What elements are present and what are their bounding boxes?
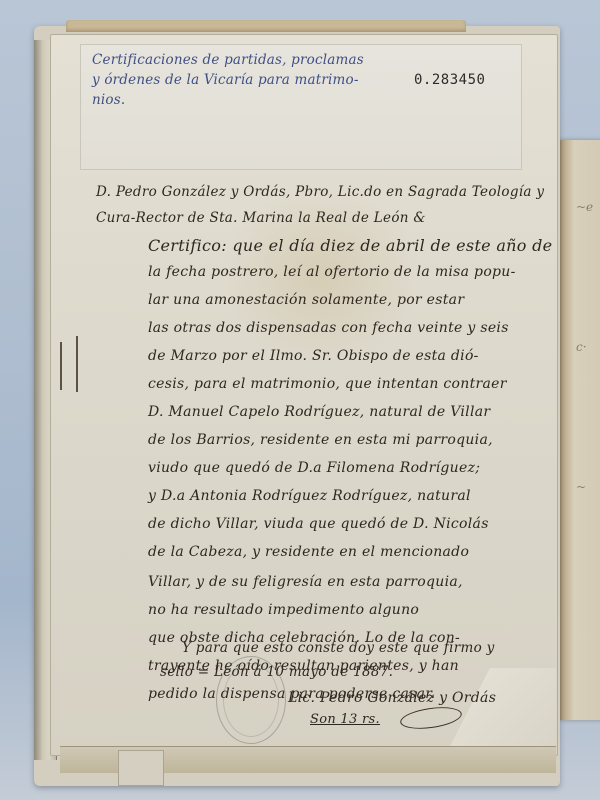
closing-line: sello = León á 10 mayo de 1887.: [160, 664, 393, 680]
body-line: lar una amonestación solamente, por esta…: [148, 292, 464, 308]
label-line: y órdenes de la Vicaría para matrimo-: [92, 70, 412, 90]
body-line: las otras dos dispensadas con fecha vein…: [148, 320, 509, 336]
paper-tab: [118, 750, 164, 786]
body-line: y D.a Antonia Rodríguez Rodríguez, natur…: [148, 488, 471, 504]
binding-thread: [76, 336, 78, 392]
body-line: de dicho Villar, viuda que quedó de D. N…: [148, 516, 489, 532]
body-line: Certifico: que el día diez de abril de e…: [148, 236, 552, 255]
frayed-top-edge: [66, 20, 466, 32]
binding-thread: [60, 342, 62, 390]
fee-note: Son 13 rs.: [310, 712, 380, 727]
closing-line: Y para que esto conste doy este que firm…: [182, 640, 495, 656]
bundle-scribble: ~: [576, 480, 586, 494]
label-text: Certificaciones de partidas, proclamas y…: [92, 50, 412, 110]
body-line: de la Cabeza, y residente en el menciona…: [148, 544, 469, 560]
bundle-scribble: c·: [576, 340, 587, 354]
signature: Lic. Pedro González y Ordás: [288, 690, 496, 706]
adjacent-document-bundle: ~e c· ~: [556, 140, 600, 720]
body-line: viudo que quedó de D.a Filomena Rodrígue…: [148, 460, 480, 476]
heading-line: Cura-Rector de Sta. Marina la Real de Le…: [96, 210, 426, 226]
body-line: D. Manuel Capelo Rodríguez, natural de V…: [148, 404, 490, 420]
heading-line: D. Pedro González y Ordás, Pbro, Lic.do …: [96, 184, 544, 200]
label-line: Certificaciones de partidas, proclamas: [92, 50, 412, 70]
body-line: de los Barrios, residente en esta mi par…: [148, 432, 493, 448]
bundle-scribble: ~e: [576, 200, 593, 214]
body-line: de Marzo por el Ilmo. Sr. Obispo de esta…: [148, 348, 479, 364]
body-line: la fecha postrero, leí al ofertorio de l…: [148, 264, 516, 280]
label-line: nios.: [92, 90, 412, 110]
body-line: cesis, para el matrimonio, que intentan …: [148, 376, 507, 392]
body-line: Villar, y de su feligresía en esta parro…: [148, 574, 463, 590]
body-line: no ha resultado impedimento alguno: [148, 602, 419, 618]
catalog-number: 0.283450: [414, 72, 485, 88]
